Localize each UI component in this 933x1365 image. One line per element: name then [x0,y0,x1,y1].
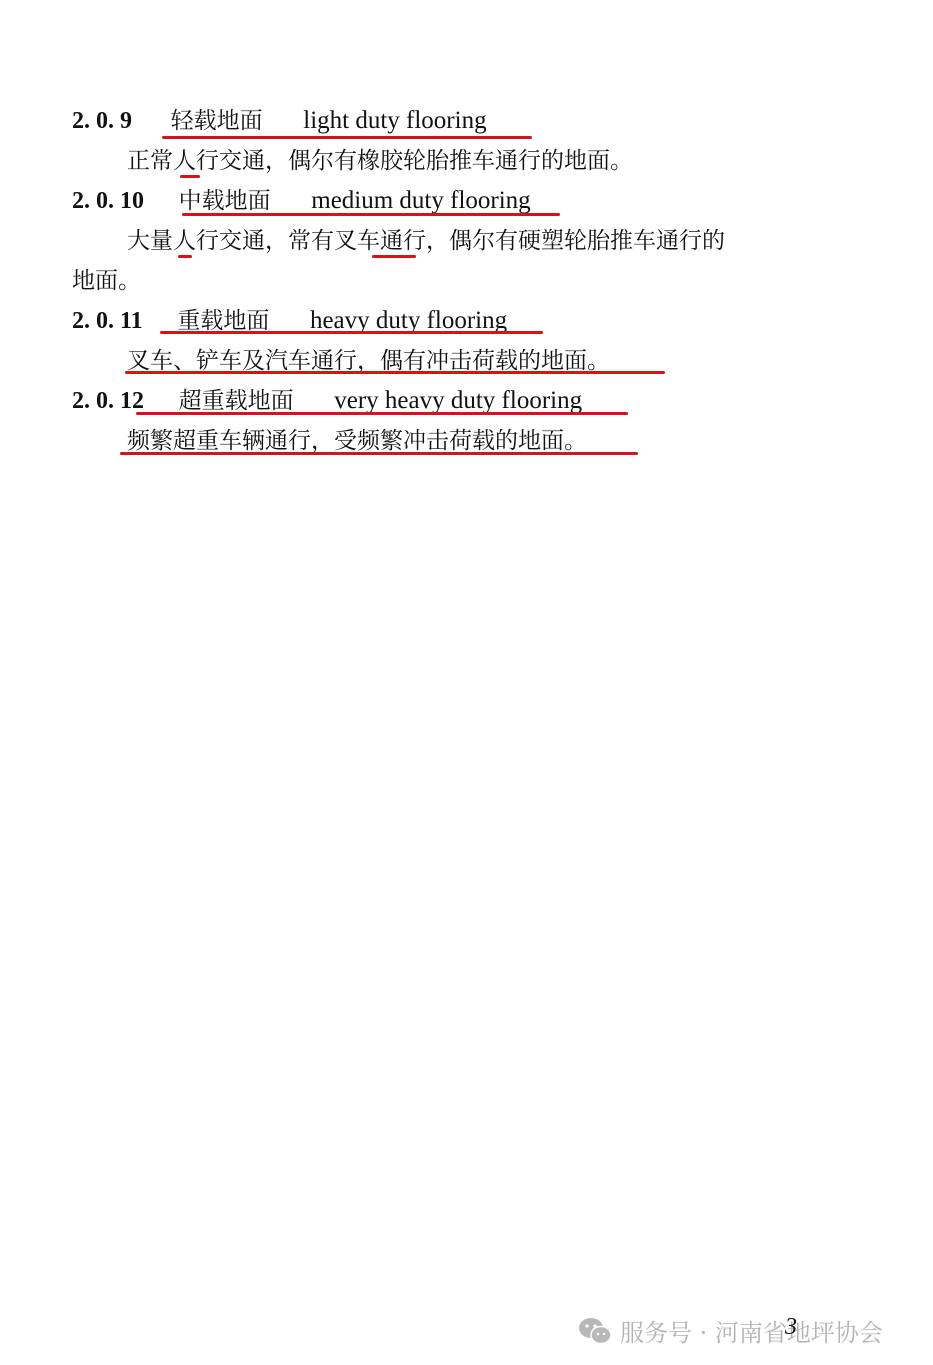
annotation-underline [180,175,200,178]
annotation-underline [182,213,560,216]
annotation-underline [162,136,532,139]
wechat-icon [578,1317,612,1345]
entry-number: 2. 0. 11 [72,308,143,334]
term-en: heavy duty flooring [310,307,507,334]
entry-number: 2. 0. 10 [72,188,144,214]
annotation-underline [120,452,638,455]
watermark-text: 服务号 · 河南省地坪协会 [620,1313,883,1348]
watermark: 服务号 · 河南省地坪协会 [578,1313,883,1348]
annotation-underline [178,255,192,258]
entry-2-0-9-definition: 正常人行交通，偶尔有橡胶轮胎推车通行的地面。 [127,146,633,176]
annotation-underline [125,371,665,374]
entry-2-0-10-heading: 2. 0. 10 中载地面 medium duty flooring [72,186,531,216]
annotation-underline [372,255,416,258]
term-en: medium duty flooring [311,187,530,214]
entry-number: 2. 0. 12 [72,388,144,414]
term-en: light duty flooring [303,107,486,134]
term-zh: 轻载地面 [171,108,263,134]
entry-2-0-10-definition-line-1: 大量人行交通，常有叉车通行，偶尔有硬塑轮胎推车通行的 [127,226,725,256]
entry-number: 2. 0. 9 [72,108,132,134]
entry-2-0-10-definition-line-2: 地面。 [72,266,141,296]
page-number: 3 [785,1314,797,1341]
entry-2-0-9-heading: 2. 0. 9 轻载地面 light duty flooring [72,106,487,136]
term-zh: 中载地面 [179,188,271,214]
annotation-underline [160,331,543,334]
annotation-underline [136,412,628,415]
term-zh: 超重载地面 [179,388,294,414]
term-en: very heavy duty flooring [334,387,582,414]
